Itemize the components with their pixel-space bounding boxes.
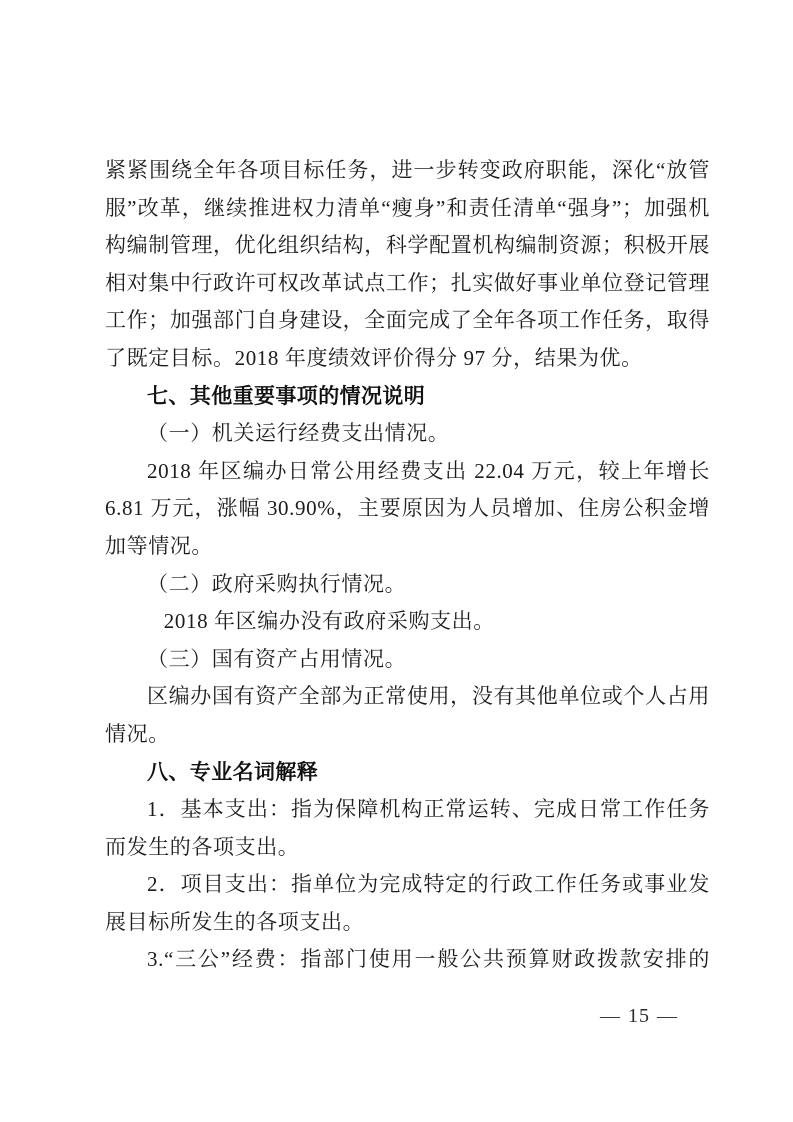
- subsection-3-label: （三）国有资产占用情况。: [105, 641, 710, 679]
- subsection-2-label: （二）政府采购执行情况。: [105, 566, 710, 604]
- document-page: 紧紧围绕全年各项目标任务，进一步转变政府职能，深化“放管服”改革，继续推进权力清…: [0, 0, 793, 1122]
- footer-dash-right: —: [657, 1005, 678, 1028]
- section-7-heading: 七、其他重要事项的情况说明: [105, 378, 710, 416]
- paragraph-continuation: 紧紧围绕全年各项目标任务，进一步转变政府职能，深化“放管服”改革，继续推进权力清…: [105, 152, 710, 378]
- footer-page-number: 15: [628, 1005, 650, 1027]
- paragraph-procurement: 2018 年区编办没有政府采购支出。: [105, 603, 710, 641]
- section-8-heading: 八、专业名词解释: [105, 754, 710, 792]
- footer-dash-left: —: [600, 1005, 621, 1028]
- page-number-footer: —15—: [593, 1005, 685, 1028]
- term-basic-expenditure: 1．基本支出：指为保障机构正常运转、完成日常工作任务而发生的各项支出。: [105, 791, 710, 866]
- subsection-1-label: （一）机关运行经费支出情况。: [105, 415, 710, 453]
- document-content: 紧紧围绕全年各项目标任务，进一步转变政府职能，深化“放管服”改革，继续推进权力清…: [105, 152, 710, 979]
- paragraph-state-assets: 区编办国有资产全部为正常使用，没有其他单位或个人占用情况。: [105, 678, 710, 753]
- paragraph-operating-expense: 2018 年区编办日常公用经费支出 22.04 万元，较上年增长 6.81 万元…: [105, 453, 710, 566]
- term-three-public-funds: 3.“三公”经费：指部门使用一般公共预算财政拨款安排的: [105, 941, 710, 979]
- term-project-expenditure: 2．项目支出：指单位为完成特定的行政工作任务或事业发展目标所发生的各项支出。: [105, 866, 710, 941]
